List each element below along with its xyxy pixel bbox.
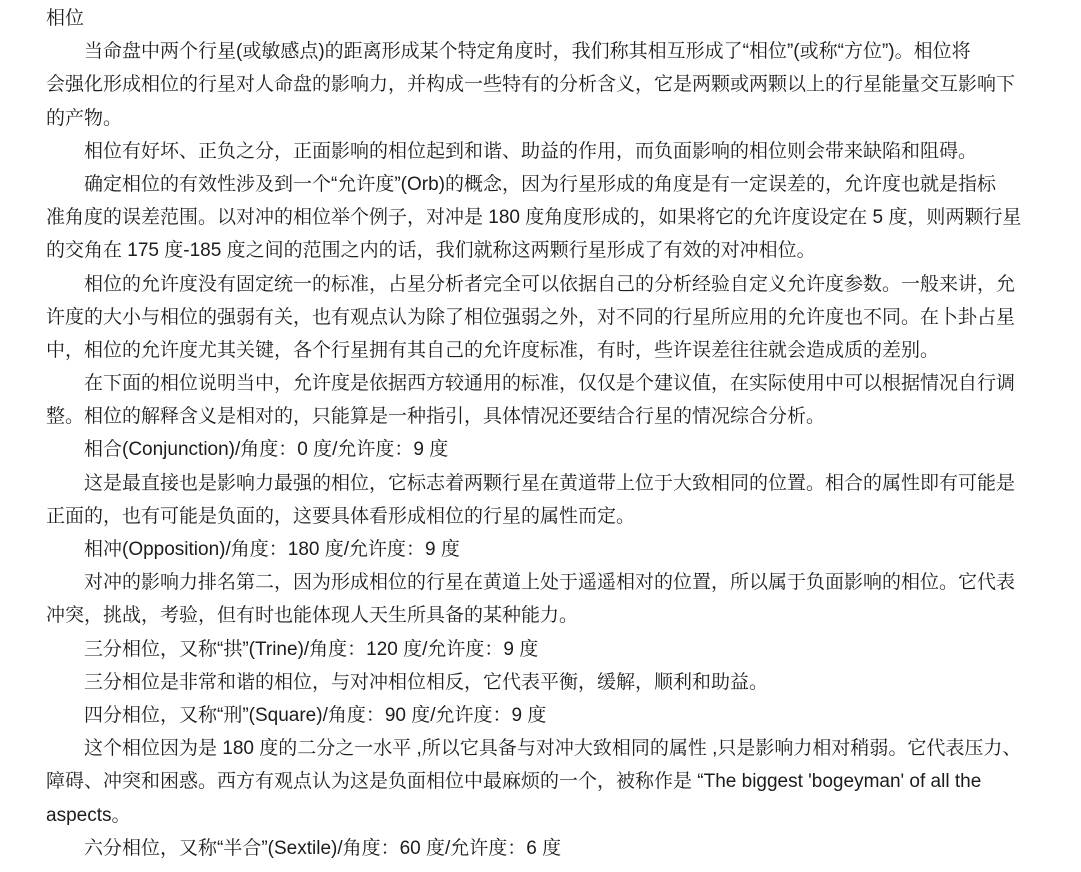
text-line: 对冲的影响力排名第二，因为形成相位的行星在黄道上处于遥遥相对的位置，所以属于负面… [46, 566, 1051, 599]
text-line: 这个相位因为是 180 度的二分之一水平 ,所以它具备与对冲大致相同的属性 ,只… [46, 732, 1051, 765]
text-line: 中，相位的允许度尤其关键，各个行星拥有其自己的允许度标准，有时，些许误差往往就会… [46, 334, 1051, 367]
text-line: 相冲(Opposition)/角度：180 度/允许度：9 度 [46, 533, 1051, 566]
text-line: 当命盘中两个行星(或敏感点)的距离形成某个特定角度时，我们称其相互形成了“相位”… [46, 35, 1051, 68]
text-line: 许度的大小与相位的强弱有关，也有观点认为除了相位强弱之外，对不同的行星所应用的允… [46, 301, 1051, 334]
text-line: 三分相位，又称“拱”(Trine)/角度：120 度/允许度：9 度 [46, 633, 1051, 666]
text-line: 正面的，也有可能是负面的，这要具体看形成相位的行星的属性而定。 [46, 500, 1051, 533]
document-body: 当命盘中两个行星(或敏感点)的距离形成某个特定角度时，我们称其相互形成了“相位”… [46, 35, 1051, 865]
text-line: 的产物。 [46, 102, 1051, 135]
text-line: aspects。 [46, 799, 1051, 832]
text-line: 在下面的相位说明当中，允许度是依据西方较通用的标准，仅仅是个建议值，在实际使用中… [46, 367, 1051, 400]
text-line: 会强化形成相位的行星对人命盘的影响力，并构成一些特有的分析含义，它是两颗或两颗以… [46, 68, 1051, 101]
text-line: 相位的允许度没有固定统一的标准，占星分析者完全可以依据自己的分析经验自定义允许度… [46, 268, 1051, 301]
text-line: 三分相位是非常和谐的相位，与对冲相位相反，它代表平衡，缓解，顺利和助益。 [46, 666, 1051, 699]
text-line: 障碍、冲突和困惑。西方有观点认为这是负面相位中最麻烦的一个，被称作是 “The … [46, 765, 1051, 798]
text-line: 冲突，挑战，考验，但有时也能体现人天生所具备的某种能力。 [46, 599, 1051, 632]
text-line: 这是最直接也是影响力最强的相位，它标志着两颗行星在黄道带上位于大致相同的位置。相… [46, 467, 1051, 500]
text-line: 相合(Conjunction)/角度：0 度/允许度：9 度 [46, 433, 1051, 466]
text-line: 相位有好坏、正负之分，正面影响的相位起到和谐、助益的作用，而负面影响的相位则会带… [46, 135, 1051, 168]
document-page: 相位 当命盘中两个行星(或敏感点)的距离形成某个特定角度时，我们称其相互形成了“… [0, 0, 1081, 872]
text-line: 四分相位，又称“刑”(Square)/角度：90 度/允许度：9 度 [46, 699, 1051, 732]
text-line: 准角度的误差范围。以对冲的相位举个例子，对冲是 180 度角度形成的，如果将它的… [46, 201, 1051, 234]
text-line: 确定相位的有效性涉及到一个“允许度”(Orb)的概念，因为行星形成的角度是有一定… [46, 168, 1051, 201]
document-title: 相位 [46, 2, 1051, 35]
text-line: 整。相位的解释含义是相对的，只能算是一种指引，具体情况还要结合行星的情况综合分析… [46, 400, 1051, 433]
text-line: 的交角在 175 度-185 度之间的范围之内的话，我们就称这两颗行星形成了有效… [46, 234, 1051, 267]
text-line: 六分相位，又称“半合”(Sextile)/角度：60 度/允许度：6 度 [46, 832, 1051, 865]
